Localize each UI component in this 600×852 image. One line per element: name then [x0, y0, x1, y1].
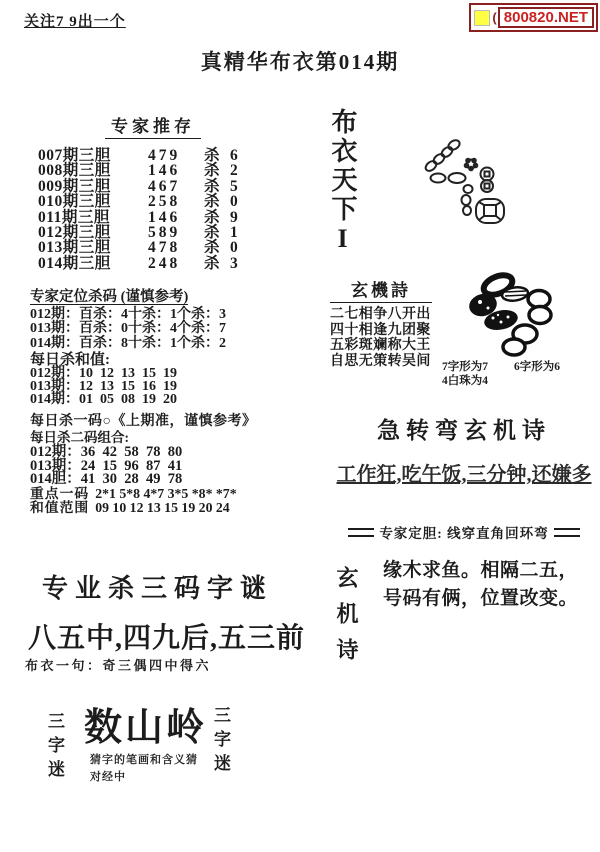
daily-two-kill-title: 每日杀二码组合:: [30, 426, 300, 446]
table-row: 013期三胆 478 杀 0: [38, 240, 268, 255]
beads-coins-illustration: [418, 136, 523, 236]
kill-three-riddle: 八五中,四九后,五三前: [28, 616, 305, 656]
daily-two-kill-row: 014胆：41 30 28 49 78: [30, 473, 300, 487]
sum-range: 和值范围 09 10 12 13 15 19 20 24: [30, 501, 300, 515]
shape-caption-4: 4白珠为4: [442, 372, 488, 388]
yellow-square-icon: [474, 10, 490, 26]
three-char-caption: 猜字的笔画和含义猜 对经中: [90, 752, 198, 786]
table-row: 011期三胆 146 杀 9: [38, 210, 268, 225]
sharp-turn-title: 急转弯玄机诗: [330, 412, 598, 445]
shape-caption-6: 6字形为6: [514, 358, 560, 374]
xuanji-shi-line2: 号码有俩，位置改变。: [383, 583, 578, 610]
lottery-tip-sheet: 关注7 9出一个 ( 800820.NET 真精华布衣第014期 专家推存 00…: [0, 0, 600, 852]
position-kill-row: 013期：百杀：0十杀：4个杀：7: [30, 322, 300, 336]
daily-sum-kill-row: 014期：01 05 08 19 20: [30, 393, 300, 406]
table-row: 009期三胆 467 杀 5: [38, 179, 268, 194]
xuanji-shi-line1: 缘木求鱼。相隔二五，: [383, 555, 578, 582]
position-kill-row: 014期：百杀：8十杀：1个杀：2: [30, 337, 300, 351]
daily-sum-kill-title: 每日杀和值:: [30, 353, 300, 367]
site-badge[interactable]: ( 800820.NET: [469, 3, 598, 32]
double-line-deco-left: [348, 528, 374, 537]
table-row: 008期三胆 146 杀 2: [38, 163, 268, 178]
site-url[interactable]: 800820.NET: [498, 7, 594, 28]
xuanji-poem-title: 玄機詩: [330, 276, 432, 303]
expert-recommend-table: 007期三胆 479 杀 6 008期三胆 146 杀 2 009期三胆 467…: [38, 148, 268, 271]
three-char-label-left: 三字迷: [42, 712, 67, 784]
rings-illustration: [463, 268, 593, 360]
buyi-one-sentence: 布衣一句：奇三偶四中得六: [25, 655, 211, 674]
expert-dan-text: 专家定胆: 线穿直角回环弯: [379, 522, 548, 542]
position-kill-section: 专家定位杀码 (谨慎参考) 012期：百杀：4十杀：1个杀：3 013期：百杀：…: [30, 290, 300, 407]
table-row: 010期三胆 258 杀 0: [38, 194, 268, 209]
position-kill-title: 专家定位杀码 (谨慎参考): [30, 290, 188, 305]
partial-glyph: (: [492, 10, 496, 25]
xuanji-shi-vertical: 玄机诗: [331, 566, 362, 674]
key-one-code: 重点一码 2*1 5*8 4*7 3*5 *8* *7*: [30, 487, 300, 501]
sharp-turn-riddle: 工作狂,吃午饭,三分钟,还嫌多: [330, 458, 598, 487]
xuanji-poem-section: 玄機詩 二七相争八开出 四十相逢九团聚 五彩斑斓称大王 自思无策转吴间: [330, 276, 432, 369]
three-char-label-right: 三字迷: [208, 706, 233, 778]
focus-note: 关注7 9出一个: [24, 10, 126, 31]
double-line-deco-right: [554, 528, 580, 537]
buyi-tianxia-vertical: 布衣天下I: [324, 108, 361, 256]
expert-dan-divider: 专家定胆: 线穿直角回环弯: [330, 522, 598, 542]
xuanji-poem-lines: 二七相争八开出 四十相逢九团聚 五彩斑斓称大王 自思无策转吴间: [330, 307, 432, 369]
expert-recommend-section: 专家推存 007期三胆 479 杀 6 008期三胆 146 杀 2 009期三…: [38, 112, 268, 271]
three-char-word: 数山岭: [84, 696, 207, 751]
table-row: 014期三胆 248 杀 3: [38, 256, 268, 271]
page-title: 真精华布衣第014期: [0, 46, 600, 76]
expert-recommend-title: 专家推存: [38, 112, 268, 139]
daily-two-kill-section: 每日杀二码组合: 012期：36 42 58 78 80 013期：24 15 …: [30, 426, 300, 515]
kill-three-title: 专业杀三码字谜: [42, 568, 273, 605]
